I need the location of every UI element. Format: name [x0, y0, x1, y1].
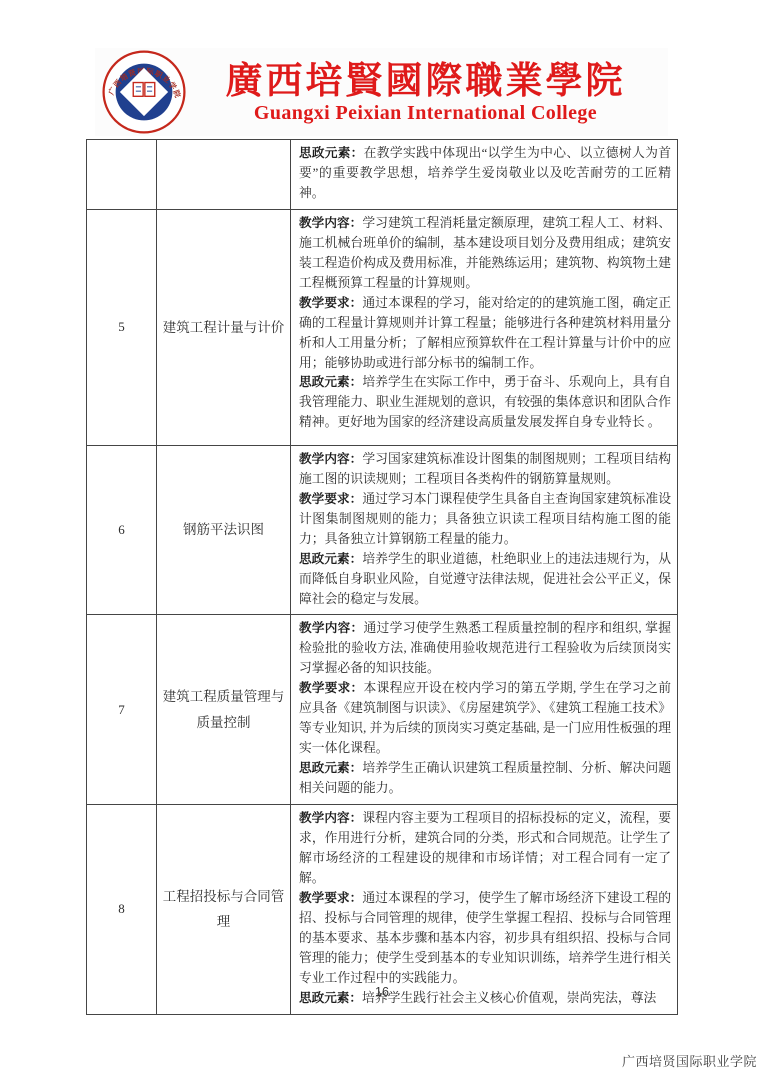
table-row: 6钢筋平法识图教学内容：学习国家建筑标准设计图集的制图规则；工程项目结构施工图的…: [87, 445, 677, 615]
detail-label: 思政元素：: [299, 552, 362, 566]
course-number-cell: 7: [87, 615, 156, 804]
document-page: 广西培贤国际职业学院 GUANGXI PEIXIAN INTERNATIONAL…: [0, 0, 764, 1080]
detail-paragraph: 教学要求：通过本课程的学习，使学生了解市场经济下建设工程的招、投标与合同管理的规…: [299, 889, 671, 989]
course-number-cell: 6: [87, 446, 156, 615]
detail-paragraph: 思政元素：在教学实践中体现出“以学生为中心、以立德树人为首要”的重要教学思想，培…: [299, 144, 671, 204]
detail-label: 教学内容：: [299, 452, 362, 466]
college-seal-logo: 广西培贤国际职业学院 GUANGXI PEIXIAN INTERNATIONAL…: [101, 49, 187, 135]
course-number-cell: 5: [87, 210, 156, 445]
course-detail-cell: 教学内容：学习国家建筑标准设计图集的制图规则；工程项目结构施工图的识读规则；工程…: [290, 446, 677, 615]
detail-label: 教学要求：: [299, 681, 363, 695]
course-detail-cell: 教学内容：学习建筑工程消耗量定额原理，建筑工程人工、材料、施工机械台班单价的编制…: [290, 210, 677, 445]
detail-paragraph: 教学要求：通过学习本门课程使学生具备自主查询国家建筑标准设计图集制图规则的能力；…: [299, 490, 671, 550]
course-name-cell: 工程招投标与合同管理: [156, 805, 290, 1014]
detail-label: 教学内容：: [299, 811, 362, 825]
detail-paragraph: 教学内容：课程内容主要为工程项目的招标投标的定义，流程，要求，作用进行分析，建筑…: [299, 809, 671, 889]
detail-paragraph: 教学内容：学习建筑工程消耗量定额原理，建筑工程人工、材料、施工机械台班单价的编制…: [299, 214, 671, 294]
course-name-cell: 建筑工程计量与计价: [156, 210, 290, 445]
detail-paragraph: 教学内容：通过学习使学生熟悉工程质量控制的程序和组织, 掌握检验批的验收方法, …: [299, 619, 671, 679]
course-detail-cell: 教学内容：课程内容主要为工程项目的招标投标的定义，流程，要求，作用进行分析，建筑…: [290, 805, 677, 1014]
detail-paragraph: 思政元素：培养学生在实际工作中，勇于奋斗、乐观向上，具有自我管理能力、职业生涯规…: [299, 373, 671, 433]
footer-watermark: 广西培贤国际职业学院: [622, 1051, 757, 1070]
detail-label: 教学内容：: [299, 216, 362, 230]
table-row: 思政元素：在教学实践中体现出“以学生为中心、以立德树人为首要”的重要教学思想，培…: [87, 140, 677, 209]
detail-paragraph: 教学内容：学习国家建筑标准设计图集的制图规则；工程项目结构施工图的识读规则；工程…: [299, 450, 671, 490]
course-name-cell: 钢筋平法识图: [156, 446, 290, 615]
detail-paragraph: 思政元素：培养学生正确认识建筑工程质量控制、分析、解决问题相关问题的能力。: [299, 759, 671, 799]
detail-label: 教学要求：: [299, 296, 362, 310]
college-title-zh: 廣西培賢國際職業學院: [187, 59, 664, 102]
course-number-cell: 8: [87, 805, 156, 1014]
detail-label: 思政元素：: [299, 146, 364, 160]
detail-paragraph: 思政元素：培养学生的职业道德，杜绝职业上的违法违规行为，从而降低自身职业风险，自…: [299, 550, 671, 610]
table-row: 5建筑工程计量与计价教学内容：学习建筑工程消耗量定额原理，建筑工程人工、材料、施…: [87, 209, 677, 445]
table-row: 8工程招投标与合同管理教学内容：课程内容主要为工程项目的招标投标的定义，流程，要…: [87, 804, 677, 1014]
detail-label: 思政元素：: [299, 761, 362, 775]
detail-label: 教学内容：: [299, 621, 363, 635]
detail-label: 思政元素：: [299, 375, 362, 389]
detail-label: 教学要求：: [299, 492, 362, 506]
detail-label: 教学要求：: [299, 891, 362, 905]
course-detail-cell: 教学内容：通过学习使学生熟悉工程质量控制的程序和组织, 掌握检验批的验收方法, …: [290, 615, 677, 804]
course-table: 思政元素：在教学实践中体现出“以学生为中心、以立德树人为首要”的重要教学思想，培…: [86, 139, 678, 1015]
page-number: 16: [86, 985, 678, 999]
college-title-en: Guangxi Peixian International College: [187, 102, 664, 125]
college-titles: 廣西培賢國際職業學院 Guangxi Peixian International…: [187, 59, 668, 125]
course-name-cell: [156, 140, 290, 209]
detail-paragraph: 教学要求：本课程应开设在校内学习的第五学期, 学生在学习之前应具备《建筑制图与识…: [299, 679, 671, 759]
detail-paragraph: 教学要求：通过本课程的学习，能对给定的的建筑施工图，确定正确的工程量计算规则并计…: [299, 294, 671, 374]
course-number-cell: [87, 140, 156, 209]
table-row: 7建筑工程质量管理与质量控制教学内容：通过学习使学生熟悉工程质量控制的程序和组织…: [87, 614, 677, 804]
course-name-cell: 建筑工程质量管理与质量控制: [156, 615, 290, 804]
course-detail-cell: 思政元素：在教学实践中体现出“以学生为中心、以立德树人为首要”的重要教学思想，培…: [290, 140, 677, 209]
college-header: 广西培贤国际职业学院 GUANGXI PEIXIAN INTERNATIONAL…: [95, 48, 668, 136]
